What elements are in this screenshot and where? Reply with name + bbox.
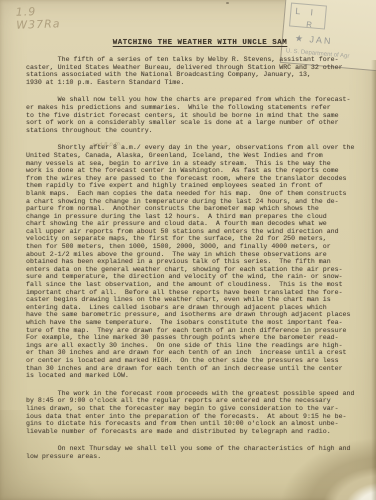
paragraph-overview: We shall now tell you how the charts are… [26,96,362,134]
right-edge-shadow [371,60,376,500]
typescript-body: The fifth of a series of ten talks by We… [26,56,362,471]
paragraph-next-talk: On next Thursday we shall tell you some … [26,445,362,460]
library-stamp-line-2: R [306,20,313,29]
page-title: WATCHING THE WEATHER WITH UNCLE SAM [0,39,376,47]
paragraph-forecast-room: Shortly after 8 a.m./ every day in the y… [26,144,362,379]
scanned-page: L I R ★ JAN U. S. Department of Agr 1.9 … [0,0,376,500]
paragraph-schedule: The work in the forecast room proceeds w… [26,390,362,436]
library-stamp-line-1: L I [295,6,317,18]
call-number-annotation: 1.9 W37Ra [16,4,61,32]
paragraph-intro: The fifth of a series of ten talks by We… [26,56,362,86]
paper-speck [226,2,229,4]
